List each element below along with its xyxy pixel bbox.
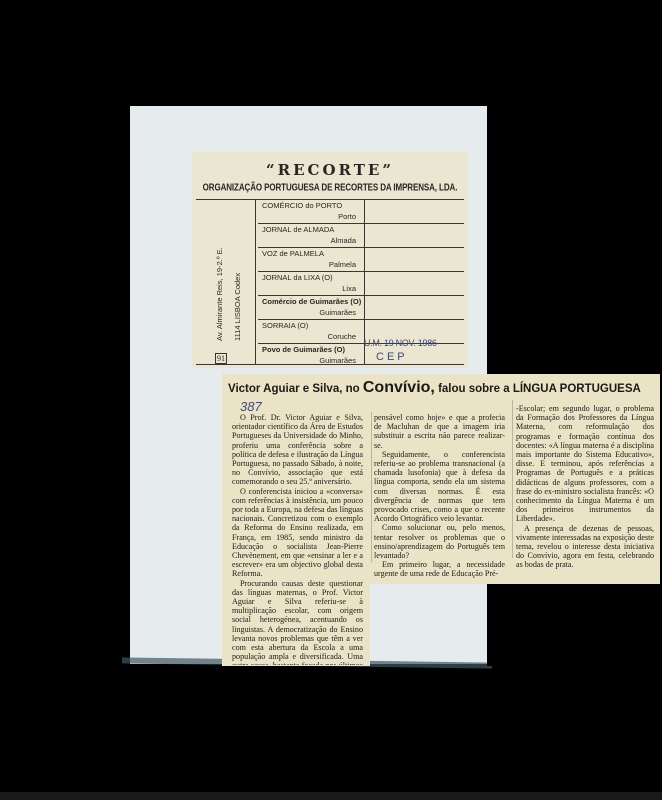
stamp-code: 91 xyxy=(215,353,227,364)
paragraph: Seguidamente, o conferencista referiu-se… xyxy=(374,450,505,524)
article-column-1: O Prof. Dr. Victor Aguiar e Silva, orien… xyxy=(232,413,363,665)
publication-name: COMÉRCIO do PORTO xyxy=(262,201,342,210)
publication-row: Comércio de Guimarães (O)Guimarães xyxy=(258,295,360,319)
row-rule xyxy=(258,247,464,248)
article-column-2: pensável como hoje» e que a profecia de … xyxy=(374,413,505,579)
paragraph: A presença de dezenas de pessoas, vivame… xyxy=(516,524,654,570)
publication-row: JORNAL da LIXA (O)Lixa xyxy=(258,271,360,295)
article-headline: Victor Aguiar e Silva, no Convívio, falo… xyxy=(228,379,641,397)
row-rule xyxy=(258,271,464,272)
publication-row: SORRAIA (O)Coruche xyxy=(258,319,360,343)
handwritten-note: CEP xyxy=(376,351,408,363)
publication-row: Povo de Guimarães (O)Guimarães xyxy=(258,343,360,367)
publication-place: Palmela xyxy=(329,260,356,269)
paragraph: O Prof. Dr. Victor Aguiar e Silva, orien… xyxy=(232,413,363,487)
paragraph: Como solucionar ou, pelo menos, tentar r… xyxy=(374,523,505,560)
headline-part-1: Victor Aguiar e Silva, no xyxy=(228,383,363,395)
row-rule xyxy=(258,223,464,224)
publication-place: Porto xyxy=(338,212,356,221)
paragraph: pensável como hoje» e que a profecia de … xyxy=(374,413,505,450)
headline-convivio: Convívio, xyxy=(363,379,435,396)
column-rule xyxy=(371,412,372,562)
publication-row: JORNAL de ALMADAAlmada xyxy=(258,223,360,247)
publication-name: SORRAIA (O) xyxy=(262,321,308,330)
column-rule xyxy=(512,400,513,558)
stamp-title: “RECORTE” xyxy=(192,161,468,179)
stamp-address-street: Av. Almirante Reis, 19-2.º E. xyxy=(215,201,229,341)
row-rule xyxy=(258,295,464,296)
article-column-3: -Escolar; em segundo lugar, o problema d… xyxy=(516,404,654,570)
publication-name: JORNAL da LIXA (O) xyxy=(262,273,333,282)
scan-edge xyxy=(0,792,662,800)
paragraph: O conferencista iniciou a «conversa» com… xyxy=(232,487,363,579)
stamp-divider-left xyxy=(255,199,256,365)
publication-place: Lixa xyxy=(342,284,356,293)
publication-name: Comércio de Guimarães (O) xyxy=(262,297,361,306)
headline-part-3: falou sobre a LÍNGUA PORTUGUESA xyxy=(435,383,641,395)
publication-name: JORNAL de ALMADA xyxy=(262,225,334,234)
publication-place: Almada xyxy=(331,236,356,245)
publication-name: Povo de Guimarães (O) xyxy=(262,345,345,354)
paragraph: -Escolar; em segundo lugar, o problema d… xyxy=(516,404,654,524)
recorte-stamp: “RECORTE” ORGANIZAÇÃO PORTUGUESA DE RECO… xyxy=(192,152,468,368)
publication-row: VOZ de PALMELAPalmela xyxy=(258,247,360,271)
paragraph: Procurando causas deste questionar das l… xyxy=(232,579,363,665)
paragraph: Em primeiro lugar, a necessidade urgente… xyxy=(374,560,505,578)
publication-name: VOZ de PALMELA xyxy=(262,249,324,258)
handwritten-date: U.M. 19 NOV. 1986 xyxy=(364,338,437,348)
background-gap xyxy=(487,586,662,666)
handwritten-number: 387 xyxy=(240,399,262,414)
publication-row: COMÉRCIO do PORTOPorto xyxy=(258,199,360,223)
publication-place: Guimarães xyxy=(319,356,356,365)
publication-place: Coruche xyxy=(328,332,356,341)
stamp-address-city: 1114 LISBOA Codex xyxy=(233,201,247,341)
stamp-subtitle: ORGANIZAÇÃO PORTUGUESA DE RECORTES DA IM… xyxy=(192,182,468,193)
publication-place: Guimarães xyxy=(319,308,356,317)
row-rule xyxy=(258,319,464,320)
